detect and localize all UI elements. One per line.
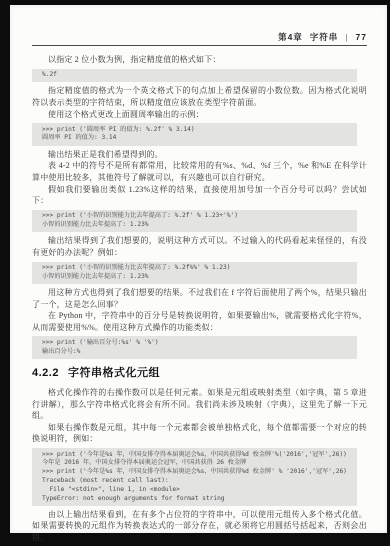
para-pi-example-intro: 使用这个格式更改上面圆周率输出的示例： [32,109,367,121]
code-block-print-percent: >>> print ('输出百分号:%s' % '%') 输出百分号:% [32,336,357,359]
para-tuple-intro: 格式化操作符的右操作数可以是任何元素。如果是元组或映射类型（如字典，第 5 章进… [32,387,367,422]
page-header: 第4章字符串|77 [32,32,367,42]
para-tuple-each-element: 如果右操作数是元组，其中每一个元素都会被单独格式化，每个值都需要一个对应的转换说… [32,422,367,445]
section-number: 4.2.2 [32,367,59,379]
page-number: 77 [356,32,367,42]
header-rule [32,45,367,46]
para-percent-question: 假如我们要输出类似 1.23%这样的结果，直接使用加号加一个百分号可以吗？尝试如… [32,184,367,207]
para-better-way: 输出结果得到了我们想要的，说明这种方式可以。不过输入的代码看起来怪怪的，有没有更… [32,235,367,258]
code-block-double-percent: >>> print ('小智的识别能力比去年提高了: %.2f%%' % 1.2… [32,262,357,285]
para-percent-escape-explain: 在 Python 中，字符串中的百分号是转换说明符，如果要输出%，就需要格式化字… [32,310,367,333]
code-block-pi: >>> print ('圆周率 PI 的值为: %.2f' % 3.14) 圆周… [32,123,357,146]
para-conclusion: 由以上输出结果看到，在有多个占位符的字符串中，可以使用元组传入多个格式化值。如果… [32,509,367,544]
section-title: 字符串格式化元组 [68,367,160,379]
para-result-ok: 输出结果正是我们希望得到的。 [32,149,367,161]
para-precision-intro: 以指定 2 位小数为例，指定精度值的格式如下： [32,54,367,66]
section-heading: 4.2.2字符串格式化元组 [32,367,367,380]
code-block-tuple-example: >>> print ('今年是%s 年，中国女排夺得本届奥运会%s，中国共获得%… [32,448,357,506]
code-block-plus-percent: >>> print ('小智的识别能力比去年提高了: %.2f' % 1.23+… [32,210,357,233]
code-block-format-spec: %.2f [32,69,357,83]
para-why-one-percent: 用这种方式也得到了我们想要的结果。不过我们在 f 字符后面使用了两个%，结果只输… [32,287,367,310]
chapter-label: 第4章 [278,32,303,42]
chapter-title: 字符串 [310,32,339,42]
header-divider: | [345,32,348,42]
book-page: 第4章字符串|77 以指定 2 位小数为例，指定精度值的格式如下： %.2f 指… [10,5,387,533]
para-precision-explain: 指定精度值的格式为一个英文格式下的句点加上希望保留的小数位数。因为格式化说明符以… [32,85,367,108]
para-table-symbols: 表 4-2 中的符号不是所有都常用，比较常用的有%s、%d、%f 三个，%e 和… [32,160,367,183]
